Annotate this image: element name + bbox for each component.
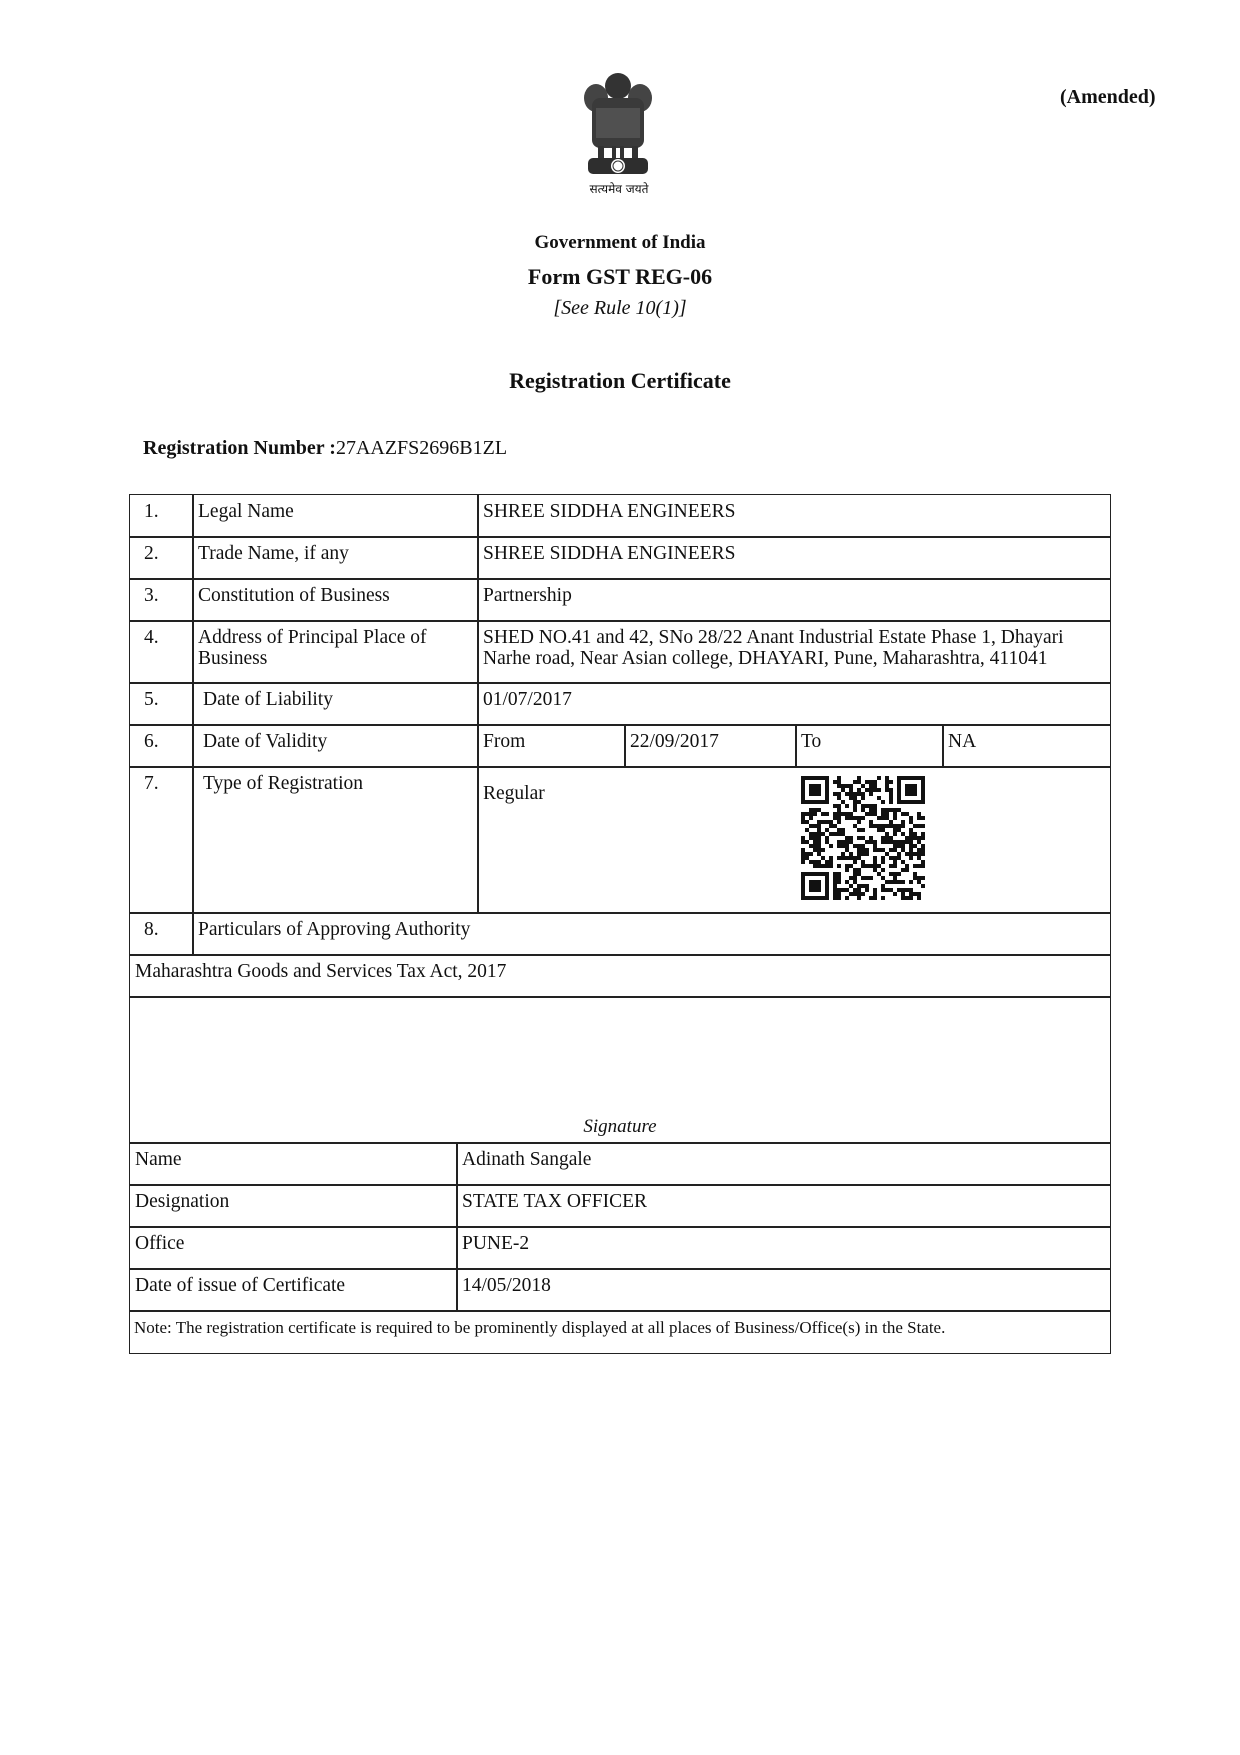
government-heading: Government of India	[0, 232, 1240, 254]
certificate-title: Registration Certificate	[0, 368, 1240, 394]
registration-number-label: Registration Number :	[143, 437, 336, 459]
validity-to-value: NA	[942, 724, 1111, 768]
row-number: 3.	[129, 578, 194, 622]
authority-act: Maharashtra Goods and Services Tax Act, …	[129, 954, 1111, 998]
trade-name-value: SHREE SIDDHA ENGINEERS	[477, 536, 1111, 580]
row-label: Date of Liability	[192, 682, 479, 726]
rule-reference: [See Rule 10(1)]	[0, 297, 1240, 320]
officer-name-label: Name	[129, 1142, 458, 1186]
signature-label: Signature	[129, 1116, 1111, 1138]
registration-number-value: 27AAZFS2696B1ZL	[336, 437, 507, 459]
row-label: Trade Name, if any	[192, 536, 479, 580]
legal-name-value: SHREE SIDDHA ENGINEERS	[477, 494, 1111, 538]
validity-from-value: 22/09/2017	[624, 724, 797, 768]
qr-code-icon	[801, 776, 925, 900]
row-label: Legal Name	[192, 494, 479, 538]
row-label: Constitution of Business	[192, 578, 479, 622]
row-label: Particulars of Approving Authority	[192, 912, 1111, 956]
designation-label: Designation	[129, 1184, 458, 1228]
liability-date-value: 01/07/2017	[477, 682, 1111, 726]
form-title: Form GST REG-06	[0, 264, 1240, 290]
row-number: 7.	[129, 766, 194, 914]
row-label: Date of Validity	[192, 724, 479, 768]
office-label: Office	[129, 1226, 458, 1270]
row-number: 2.	[129, 536, 194, 580]
constitution-value: Partnership	[477, 578, 1111, 622]
row-number: 5.	[129, 682, 194, 726]
row-number: 4.	[129, 620, 194, 684]
registration-number: Registration Number :27AAZFS2696B1ZL	[143, 437, 507, 460]
row-number: 1.	[129, 494, 194, 538]
display-note: Note: The registration certificate is re…	[129, 1310, 1111, 1354]
validity-from-label: From	[477, 724, 626, 768]
row-label: Address of Principal Place of Business	[192, 620, 479, 684]
office-value: PUNE-2	[456, 1226, 1111, 1270]
national-emblem-icon	[578, 68, 658, 196]
designation-value: STATE TAX OFFICER	[456, 1184, 1111, 1228]
emblem-motto: सत्यमेव जयते	[572, 180, 666, 197]
issue-date-value: 14/05/2018	[456, 1268, 1111, 1312]
row-number: 8.	[129, 912, 194, 956]
validity-to-label: To	[795, 724, 944, 768]
amended-label: (Amended)	[1060, 86, 1156, 109]
row-label: Type of Registration	[192, 766, 479, 914]
officer-name-value: Adinath Sangale	[456, 1142, 1111, 1186]
registration-type-value: Regular	[477, 766, 1111, 914]
address-value: SHED NO.41 and 42, SNo 28/22 Anant Indus…	[477, 620, 1111, 684]
issue-date-label: Date of issue of Certificate	[129, 1268, 458, 1312]
row-number: 6.	[129, 724, 194, 768]
